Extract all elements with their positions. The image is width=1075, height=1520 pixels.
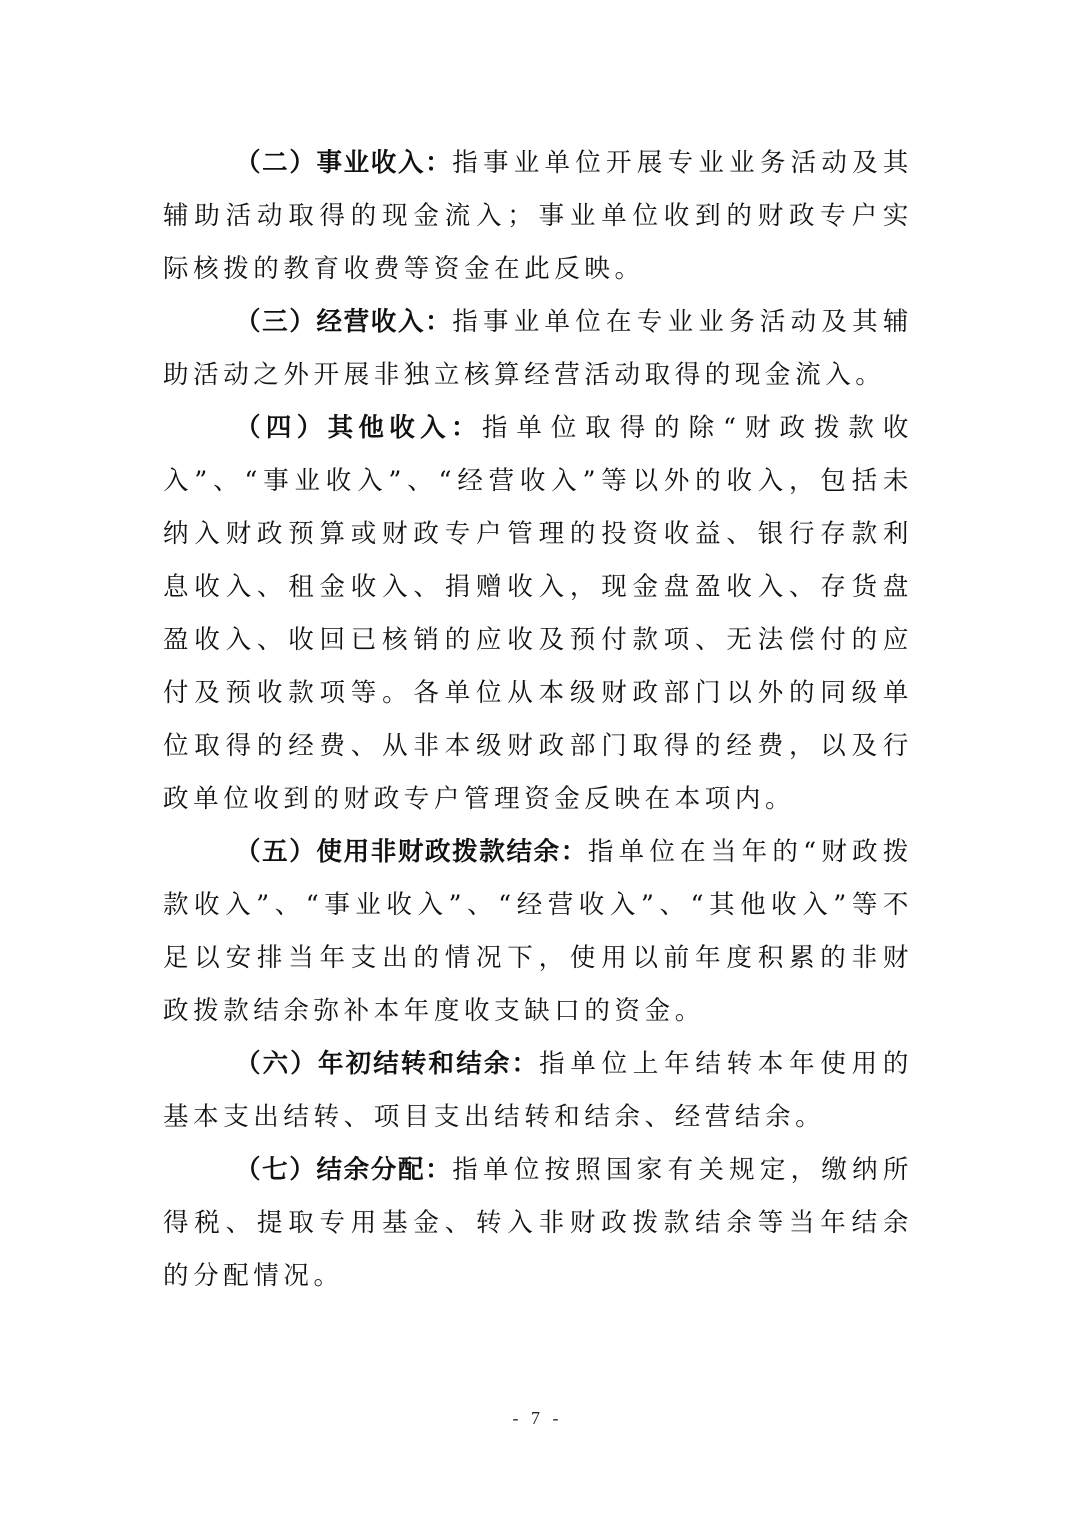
paragraph-heading: （二）事业收入： xyxy=(235,148,452,178)
document-page: （二）事业收入：指事业单位开展专业业务活动及其辅助活动取得的现金流入；事业单位收… xyxy=(163,137,913,1303)
paragraph-operating-income: （三）经营收入：指事业单位在专业业务活动及其辅助活动之外开展非独立核算经营活动取… xyxy=(163,296,913,402)
paragraph-heading: （五）使用非财政拨款结余： xyxy=(235,837,588,867)
paragraph-non-fiscal-surplus: （五）使用非财政拨款结余：指单位在当年的“财政拨款收入”、“事业收入”、“经营收… xyxy=(163,826,913,1038)
paragraph-heading: （六）年初结转和结余： xyxy=(235,1049,539,1079)
paragraph-heading: （七）结余分配： xyxy=(235,1155,452,1185)
paragraph-business-income: （二）事业收入：指事业单位开展专业业务活动及其辅助活动取得的现金流入；事业单位收… xyxy=(163,137,913,296)
paragraph-heading: （三）经营收入： xyxy=(235,307,452,337)
paragraph-surplus-distribution: （七）结余分配：指单位按照国家有关规定，缴纳所得税、提取专用基金、转入非财政拨款… xyxy=(163,1144,913,1303)
page-number: - 7 - xyxy=(0,1408,1075,1429)
paragraph-other-income: （四）其他收入：指单位取得的除“财政拨款收入”、“事业收入”、“经营收入”等以外… xyxy=(163,402,913,826)
paragraph-opening-carryover: （六）年初结转和结余：指单位上年结转本年使用的基本支出结转、项目支出结转和结余、… xyxy=(163,1038,913,1144)
paragraph-heading: （四）其他收入： xyxy=(235,413,482,443)
paragraph-body: 指单位取得的除“财政拨款收入”、“事业收入”、“经营收入”等以外的收入，包括未纳… xyxy=(163,413,913,814)
